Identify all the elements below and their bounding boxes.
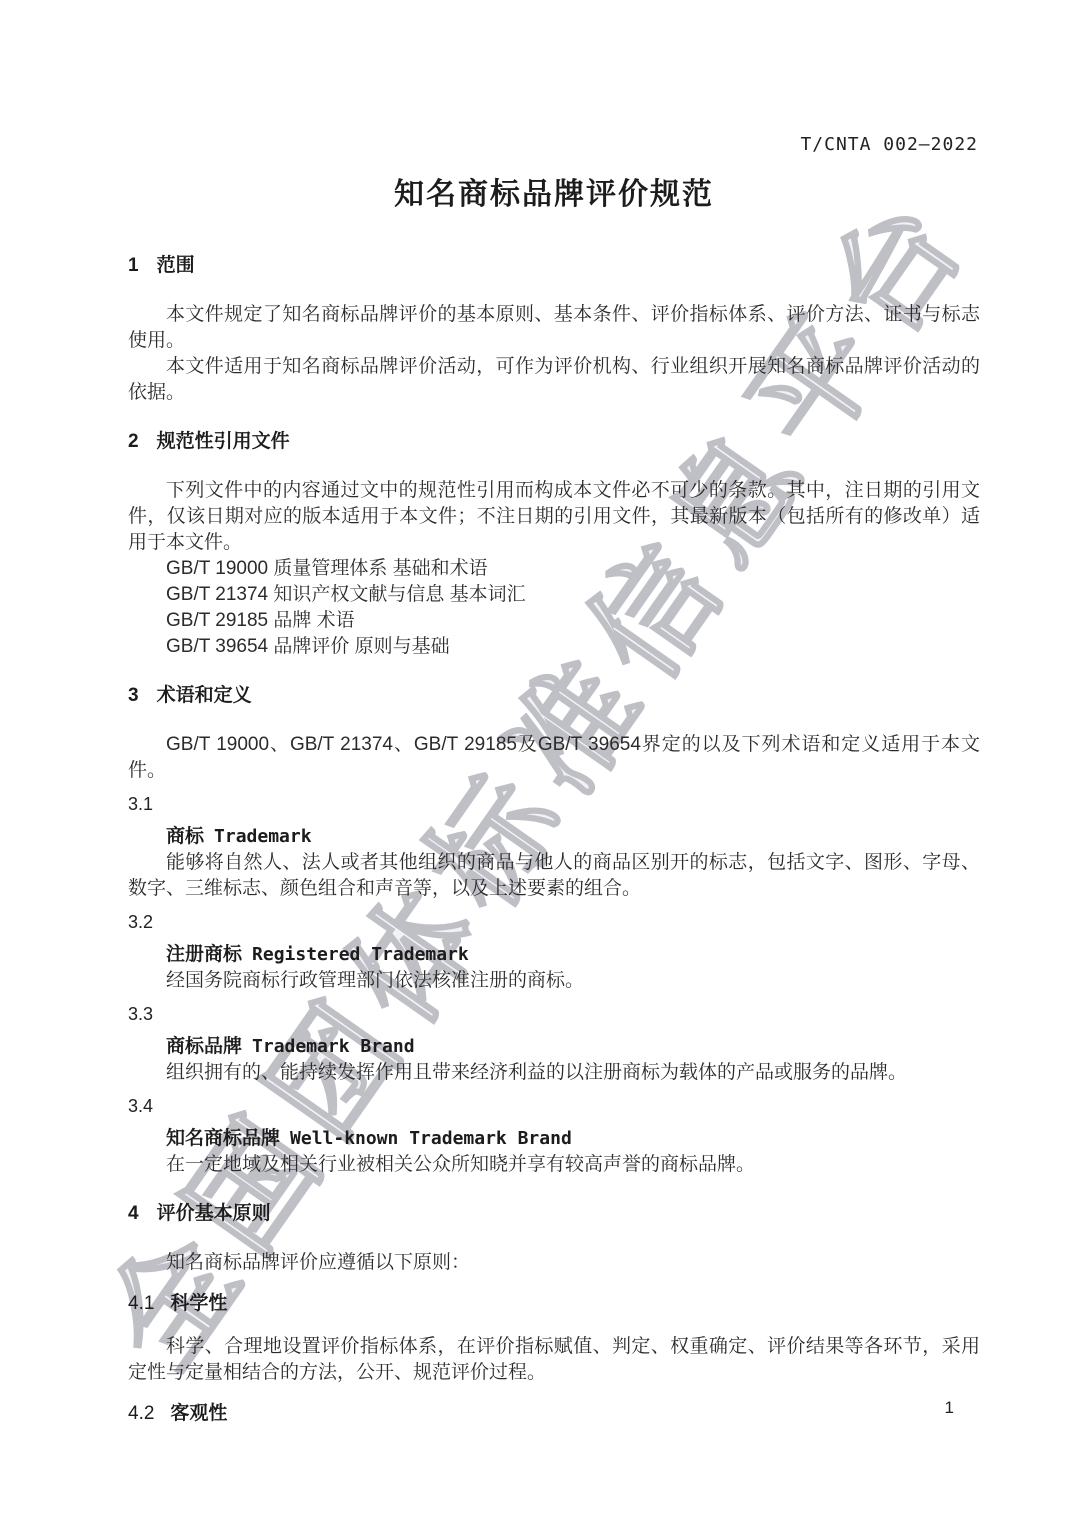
reference-item: GB/T 39654 品牌评价 原则与基础	[166, 634, 980, 660]
section-2-heading: 2规范性引用文件	[128, 430, 980, 454]
section-title: 范围	[157, 255, 195, 276]
term-name-en: Trademark	[214, 826, 312, 847]
reference-item: GB/T 21374 知识产权文献与信息 基本词汇	[166, 582, 980, 608]
term-number: 3.4	[128, 1094, 980, 1118]
paragraph: 下列文件中的内容通过文中的规范性引用而构成本文件必不可少的条款。其中，注日期的引…	[128, 478, 980, 556]
term-number: 3.2	[128, 910, 980, 934]
reference-item: GB/T 29185 品牌 术语	[166, 608, 980, 634]
term-definition: 能够将自然人、法人或者其他组织的商品与他人的商品区别开的标志，包括文字、图形、字…	[128, 850, 980, 902]
term-3-4: 3.4 知名商标品牌Well-known Trademark Brand 在一定…	[128, 1094, 980, 1178]
section-number: 1	[128, 255, 139, 276]
subsection-4-2-heading: 4.2客观性	[128, 1402, 980, 1426]
paragraph: 知名商标品牌评价应遵循以下原则：	[128, 1250, 980, 1276]
term-name-en: Trademark Brand	[252, 1036, 415, 1057]
subsection-4-1-heading: 4.1科学性	[128, 1292, 980, 1316]
subsection-number: 4.2	[128, 1403, 154, 1424]
term-name-zh: 知名商标品牌	[166, 1128, 280, 1149]
term-name-zh: 商标品牌	[166, 1036, 242, 1057]
term-name-en: Registered Trademark	[252, 944, 469, 965]
paragraph: 科学、合理地设置评价指标体系，在评价指标赋值、判定、权重确定、评价结果等各环节，…	[128, 1334, 980, 1386]
section-number: 4	[128, 1203, 139, 1224]
term-definition: 组织拥有的、能持续发挥作用且带来经济利益的以注册商标为载体的产品或服务的品牌。	[128, 1060, 980, 1086]
term-definition: 经国务院商标行政管理部门依法核准注册的商标。	[128, 968, 980, 994]
section-title: 术语和定义	[157, 685, 252, 706]
subsection-title: 科学性	[170, 1293, 227, 1314]
section-4-heading: 4评价基本原则	[128, 1202, 980, 1226]
doc-title: 知名商标品牌评价规范	[128, 0, 980, 214]
paragraph: 本文件规定了知名商标品牌评价的基本原则、基本条件、评价指标体系、评价方法、证书与…	[128, 302, 980, 354]
term-name-zh: 注册商标	[166, 944, 242, 965]
section-title: 规范性引用文件	[157, 431, 290, 452]
term-definition: 在一定地域及相关行业被相关公众所知晓并享有较高声誉的商标品牌。	[128, 1152, 980, 1178]
section-3-heading: 3术语和定义	[128, 684, 980, 708]
section-1-heading: 1范围	[128, 254, 980, 278]
term-name: 商标Trademark	[166, 824, 980, 850]
page-number: 1	[945, 1398, 954, 1418]
term-name: 注册商标Registered Trademark	[166, 942, 980, 968]
term-name-zh: 商标	[166, 826, 204, 847]
term-number: 3.1	[128, 792, 980, 816]
term-name: 商标品牌Trademark Brand	[166, 1034, 980, 1060]
term-number: 3.3	[128, 1002, 980, 1026]
section-title: 评价基本原则	[157, 1203, 271, 1224]
term-name: 知名商标品牌Well-known Trademark Brand	[166, 1126, 980, 1152]
term-3-3: 3.3 商标品牌Trademark Brand 组织拥有的、能持续发挥作用且带来…	[128, 1002, 980, 1086]
section-number: 2	[128, 431, 139, 452]
document-page: 全国团体标准信息平台 T/CNTA 002—2022 知名商标品牌评价规范 1范…	[0, 0, 1080, 1526]
term-3-1: 3.1 商标Trademark 能够将自然人、法人或者其他组织的商品与他人的商品…	[128, 792, 980, 902]
subsection-number: 4.1	[128, 1293, 154, 1314]
section-number: 3	[128, 685, 139, 706]
document-content: 知名商标品牌评价规范 1范围 本文件规定了知名商标品牌评价的基本原则、基本条件、…	[128, 0, 980, 1426]
term-3-2: 3.2 注册商标Registered Trademark 经国务院商标行政管理部…	[128, 910, 980, 994]
reference-item: GB/T 19000 质量管理体系 基础和术语	[166, 556, 980, 582]
paragraph: 本文件适用于知名商标品牌评价活动，可作为评价机构、行业组织开展知名商标品牌评价活…	[128, 354, 980, 406]
paragraph: GB/T 19000、GB/T 21374、GB/T 29185及GB/T 39…	[128, 732, 980, 784]
term-name-en: Well-known Trademark Brand	[290, 1128, 572, 1149]
subsection-title: 客观性	[170, 1403, 227, 1424]
